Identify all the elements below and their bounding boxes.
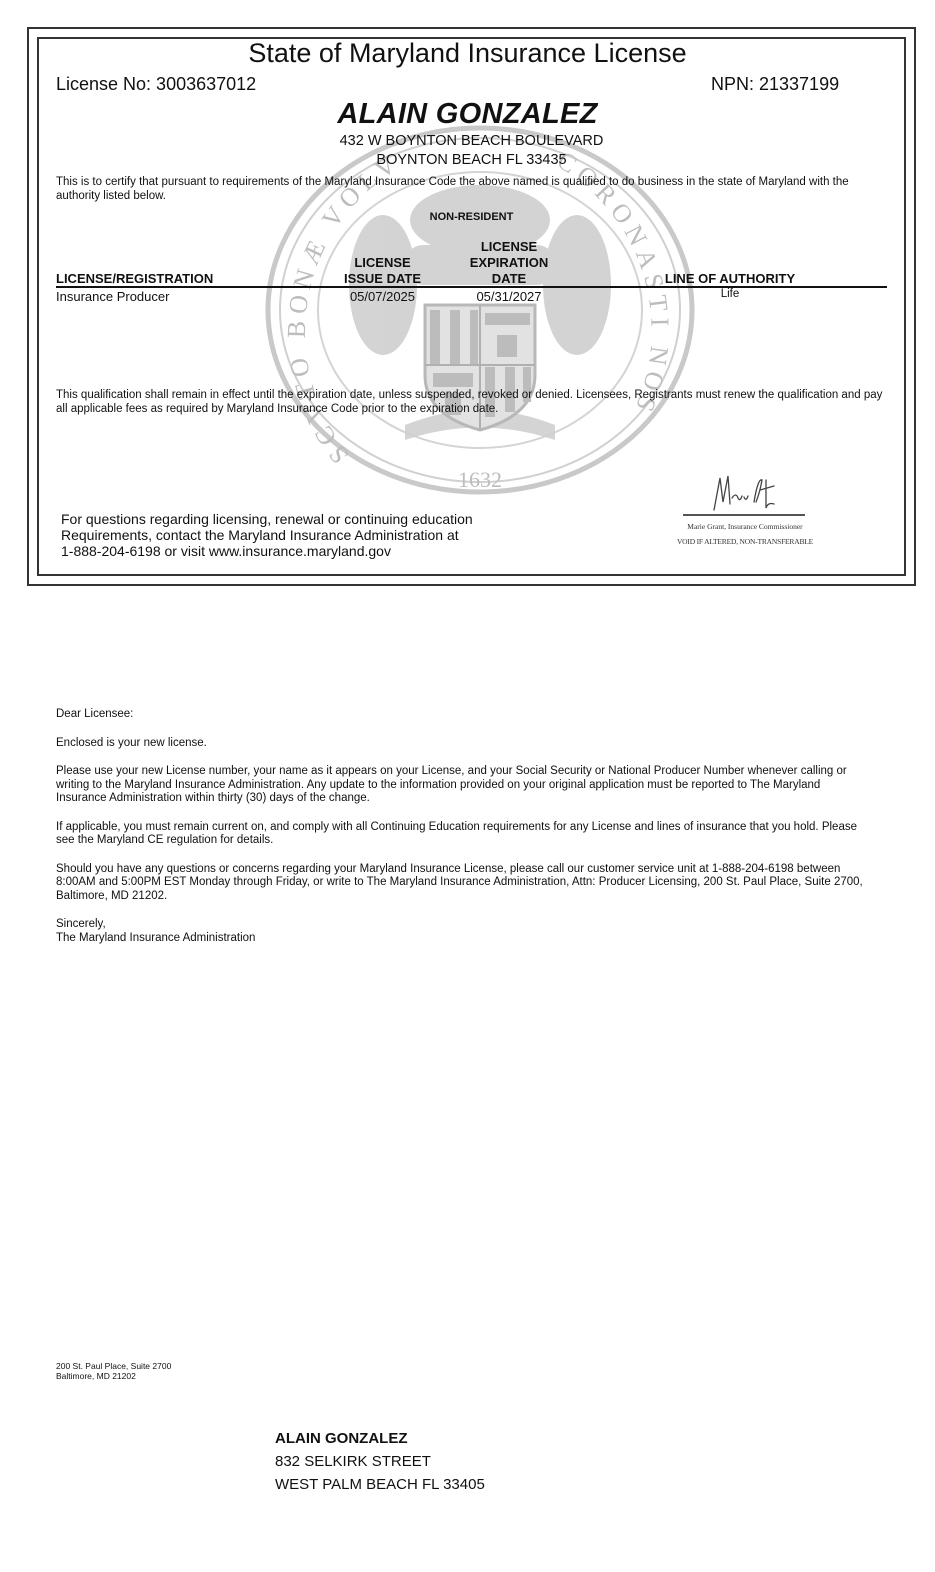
recipient-street: 832 SELKIRK STREET <box>275 1450 485 1473</box>
cell-registration: Insurance Producer <box>56 289 169 304</box>
cell-line-of-authority: Life <box>650 288 810 300</box>
contact-line3: 1-888-204-6198 or visit www.insurance.ma… <box>61 543 501 559</box>
letter-paragraph-2: Please use your new License number, your… <box>56 765 866 806</box>
certificate-title: State of Maryland Insurance License <box>0 38 935 69</box>
letter-paragraph-4: Should you have any questions or concern… <box>56 863 866 904</box>
issue-date-header-line1: LICENSE <box>330 255 435 271</box>
svg-text:1632: 1632 <box>458 467 502 492</box>
signer-name: Marie Grant, Insurance Commissioner <box>660 522 830 531</box>
npn-number: NPN: 21337199 <box>711 74 839 95</box>
cover-letter: Dear Licensee: Enclosed is your new lice… <box>56 708 866 945</box>
letter-signoff: The Maryland Insurance Administration <box>56 932 866 946</box>
certification-statement: This is to certify that pursuant to requ… <box>56 175 886 203</box>
holder-address-line1: 432 W BOYNTON BEACH BOULEVARD <box>0 133 935 149</box>
expiration-header-line3: DATE <box>455 271 563 287</box>
return-address-line2: Baltimore, MD 21202 <box>56 1371 171 1381</box>
expiration-header-line2: EXPIRATION <box>455 255 563 271</box>
letter-salutation: Dear Licensee: <box>56 708 866 722</box>
cell-issue-date: 05/07/2025 <box>330 289 435 304</box>
void-notice: VOID IF ALTERED, NON-TRANSFERABLE <box>660 537 830 546</box>
letter-paragraph-3: If applicable, you must remain current o… <box>56 821 866 848</box>
contact-info: For questions regarding licensing, renew… <box>61 511 501 559</box>
letter-closing: Sincerely, <box>56 918 866 932</box>
issue-date-header-line2: ISSUE DATE <box>330 271 435 287</box>
column-header-registration: LICENSE/REGISTRATION <box>56 271 213 287</box>
return-address-line1: 200 St. Paul Place, Suite 2700 <box>56 1361 171 1371</box>
residency-status: NON-RESIDENT <box>0 211 935 223</box>
return-address: 200 St. Paul Place, Suite 2700 Baltimore… <box>56 1361 171 1381</box>
letter-paragraph-1: Enclosed is your new license. <box>56 737 866 751</box>
contact-line2: Requirements, contact the Maryland Insur… <box>61 527 501 543</box>
expiration-header-line1: LICENSE <box>455 239 563 255</box>
license-number: License No: 3003637012 <box>56 74 256 95</box>
column-header-line-of-authority: LINE OF AUTHORITY <box>650 271 810 287</box>
signature-line <box>683 514 805 516</box>
holder-address-line2: BOYNTON BEACH FL 33435 <box>0 152 935 168</box>
qualification-statement: This qualification shall remain in effec… <box>56 388 886 416</box>
recipient-address: ALAIN GONZALEZ 832 SELKIRK STREET WEST P… <box>275 1427 485 1496</box>
contact-line1: For questions regarding licensing, renew… <box>61 511 501 527</box>
recipient-name: ALAIN GONZALEZ <box>275 1427 485 1450</box>
license-holder-name: ALAIN GONZALEZ <box>0 98 935 131</box>
recipient-city-state-zip: WEST PALM BEACH FL 33405 <box>275 1473 485 1496</box>
cell-expiration-date: 05/31/2027 <box>455 289 563 304</box>
signature-icon <box>710 472 780 514</box>
column-header-issue-date: LICENSE ISSUE DATE <box>330 255 435 287</box>
column-header-expiration-date: LICENSE EXPIRATION DATE <box>455 239 563 287</box>
